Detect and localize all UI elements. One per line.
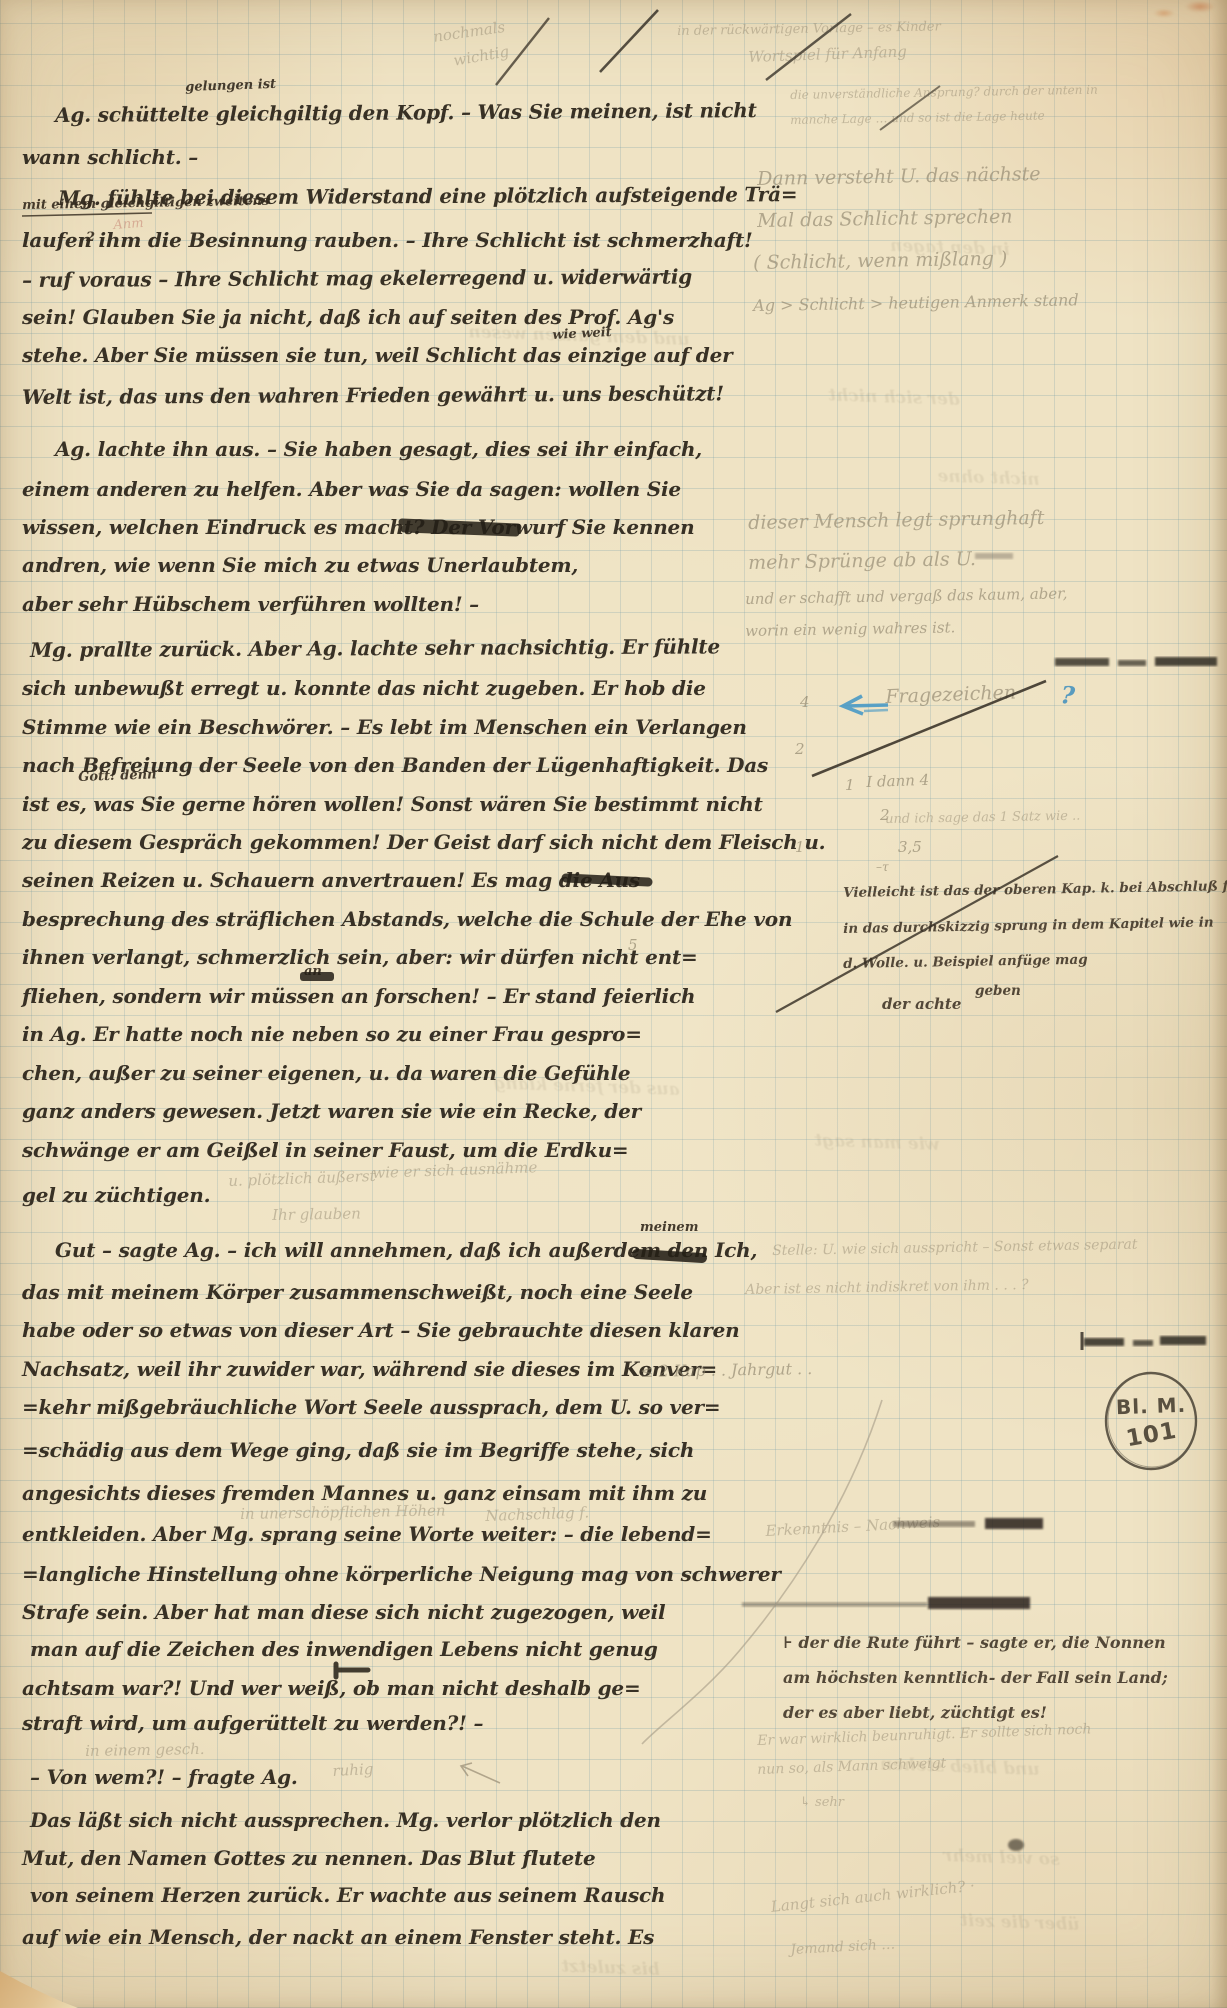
main-line: wissen, welchen Eindruck es macht? Der V… [22, 515, 694, 539]
main-line: Mg. prallte zurück. Aber Ag. lachte sehr… [30, 634, 720, 662]
main-line: ganz anders gewesen. Jetzt waren sie wie… [22, 1099, 641, 1123]
bleedthrough-ghost-text: wie man sagt [814, 1131, 940, 1155]
interlinear-pencil: Nachschlag f. [485, 1503, 589, 1525]
ink-smudge [1118, 660, 1146, 666]
main-line: – ruf voraus – Ihre Schlicht mag ekelerr… [22, 264, 692, 292]
bleedthrough-ghost-text: nicht ohne [937, 466, 1040, 490]
ink-smudge [1155, 657, 1217, 666]
main-line: sein! Glauben Sie ja nicht, daß ich auf … [22, 305, 674, 329]
margin-number: 4 [800, 693, 810, 711]
interlinear-pencil: Ihr glauben [272, 1204, 361, 1224]
top-note-pencil: wichtig [452, 42, 510, 69]
margin-pencil-low: ≤ 2 Kap . . Jahrgut . . [640, 1359, 812, 1381]
main-line: fliehen, sondern wir müssen an forschen!… [22, 984, 695, 1008]
ink-smudge [928, 1597, 1030, 1609]
ink-smudge [742, 1602, 927, 1607]
main-line: =schädig aus dem Wege ging, daß sie im B… [22, 1438, 694, 1462]
ink-smudge [1160, 1336, 1206, 1345]
margin-number: 2 [795, 740, 805, 758]
ink-smudge [1133, 1340, 1153, 1346]
insertion-ink: meinem [640, 1220, 698, 1235]
margin-pencil-b: und er schafft und vergaß das kaum, aber… [745, 584, 1068, 608]
main-line: achtsam war?! Und wer weiß, ob man nicht… [22, 1676, 641, 1700]
top-note-pencil: die unverständliche Ansprung? durch der … [790, 83, 1098, 102]
pencil-arrow-icon [461, 1763, 500, 1783]
insertion-ink: mit einem gleichgiltigen zweitens [22, 194, 269, 213]
main-line: chen, außer zu seiner eigenen, u. da war… [22, 1061, 630, 1085]
margin-note-pencil: I dann 4 [866, 771, 929, 791]
margin-number: 3,5 [898, 838, 922, 856]
top-note-pencil: in der rückwärtigen Vorlage – es Kinder [677, 19, 941, 39]
interlinear-pencil: in unerschöpflichen Höhen [240, 1501, 446, 1523]
main-line: Stimme wie ein Beschwörer. – Es lebt im … [22, 715, 747, 739]
interlinear-pencil: in einem gesch. [85, 1740, 205, 1760]
main-line: Mut, den Namen Gottes zu nennen. Das Blu… [22, 1846, 596, 1870]
margin-ink-note: geben [975, 983, 1021, 999]
bottom-pencil: Er war wirklich beunruhigt. Er sollte si… [757, 1721, 1092, 1749]
top-note-pencil: manche Lage … und so ist die Lage heute [790, 109, 1045, 127]
main-line: – Von wem?! – fragte Ag. [30, 1765, 298, 1789]
bottom-pencil: Jemand sich … [790, 1937, 896, 1958]
margin-ink-note: d. Wolle. u. Beispiel anfüge mag [843, 952, 1088, 972]
manuscript-page: Bl. M. 101 [0, 0, 1227, 2008]
interlinear-pencil: u. plötzlich äußerst [228, 1167, 376, 1190]
main-line: Das läßt sich nicht aussprechen. Mg. ver… [30, 1808, 661, 1832]
ink-smudge [975, 553, 1013, 559]
margin-number: 1 [845, 776, 855, 794]
margin-number: 1 [795, 838, 805, 856]
margin-note-pencil: und ich sage das 1 Satz wie .. [885, 809, 1080, 827]
margin-pencil-low: Stelle: U. wie sich ausspricht – Sonst e… [772, 1237, 1138, 1259]
main-line: aber sehr Hübschem verführen wollten! – [22, 592, 479, 616]
archive-stamp-line2: 101 [1124, 1418, 1179, 1452]
blue-question-mark: ? [1059, 680, 1076, 710]
interlinear-ink: gelungen ist [185, 77, 276, 95]
insertion-ink: Gott! denn [78, 767, 157, 785]
main-line: ihnen verlangt, schmerzlich sein, aber: … [22, 945, 698, 969]
insertion-underline [22, 213, 152, 216]
margin-number: 5 [628, 936, 638, 954]
margin-ink-note: Vielleicht ist das der oberen Kap. k. be… [843, 878, 1227, 901]
main-line: Nachsatz, weil ihr zuwider war, während … [22, 1357, 717, 1381]
insertion-number: 2 [86, 230, 95, 245]
top-note-pencil: Wortspiel für Anfang [748, 42, 907, 66]
bleedthrough-ghost-text: so viel mehr [943, 1846, 1060, 1870]
insertion-ink: wie weit [552, 325, 612, 343]
margin-pencil-a: Mal das Schlicht sprechen [757, 206, 1013, 232]
main-line: angesichts dieses fremden Mannes u. ganz… [22, 1481, 707, 1505]
margin-ink-note: der achte [882, 995, 961, 1013]
ink-smudge [985, 1518, 1043, 1529]
page-edge-shade [1211, 0, 1227, 2008]
top-note-pencil: nochmals [432, 18, 506, 46]
ink-smudge [1084, 1338, 1124, 1346]
main-line: Ag. schüttelte gleichgiltig den Kopf. – … [55, 98, 757, 127]
margin-word-crossed: Fragezeichen [885, 681, 1016, 708]
blue-arrow-left-icon [843, 696, 888, 714]
main-line: besprechung des sträflichen Abstands, we… [22, 907, 792, 931]
main-line: schwänge er am Geißel in seiner Faust, u… [22, 1138, 629, 1162]
margin-pencil-a: ( Schlicht, wenn mißlang ) [753, 248, 1008, 274]
strike-slash-icon [600, 10, 658, 72]
main-line: seinen Reizen u. Schauern anvertrauen! E… [22, 868, 640, 892]
margin-pencil-low: Aber ist es nicht indiskret von ihm . . … [745, 1277, 1029, 1298]
main-line: sich unbewußt erregt u. konnte das nicht… [22, 676, 706, 700]
main-line: Welt ist, das uns den wahren Frieden gew… [22, 381, 724, 409]
torn-corner [0, 1966, 78, 2008]
bleedthrough-ghost-text: über die zeit [960, 1911, 1080, 1935]
margin-ink-low: der es aber liebt, züchtigt es! [783, 1703, 1047, 1722]
margin-pencil-a: Ag > Schlicht > heutigen Anmerk stand [753, 290, 1079, 315]
main-line: Ag. lachte ihn aus. – Sie haben gesagt, … [55, 437, 702, 461]
margin-pencil-b: dieser Mensch legt sprunghaft [748, 507, 1045, 534]
main-line: zu diesem Gespräch gekommen! Der Geist d… [22, 830, 825, 854]
bottom-pencil: Langt sich auch wirklich? · [770, 1877, 976, 1916]
margin-ink-note: in das durchskizzig sprung in dem Kapite… [843, 915, 1214, 937]
main-line: auf wie ein Mensch, der nackt an einem F… [22, 1925, 654, 1949]
bottom-pencil: ↳ sehr [800, 1795, 844, 1810]
main-line: Gut – sagte Ag. – ich will annehmen, daß… [55, 1238, 757, 1262]
margin-pencil-b: worin ein wenig wahres ist. [745, 618, 955, 640]
main-line: von seinem Herzen zurück. Er wachte aus … [30, 1883, 665, 1907]
archive-stamp-line1: Bl. M. [1116, 1393, 1187, 1419]
main-line: stehe. Aber Sie müssen sie tun, weil Sch… [22, 343, 732, 367]
main-line: wann schlicht. – [22, 145, 198, 169]
main-line: =langliche Hinstellung ohne körperliche … [22, 1562, 781, 1586]
interlinear-pencil: ruhig [332, 1760, 374, 1780]
margin-pencil-low: Erkenntnis – Nachweis [765, 1513, 941, 1540]
main-line: in Ag. Er hatte noch nie neben so zu ein… [22, 1022, 642, 1046]
insertion-ink: an [304, 964, 322, 979]
main-line: das mit meinem Körper zusammenschweißt, … [22, 1280, 693, 1304]
main-line: einem anderen zu helfen. Aber was Sie da… [22, 477, 681, 501]
margin-ink-low: am höchsten kenntlich- der Fall sein Lan… [783, 1668, 1168, 1687]
margin-mark: –τ [876, 860, 889, 874]
margin-ink-low: ⊦ der die Rute führt – sagte er, die Non… [783, 1633, 1166, 1652]
main-line: Strafe sein. Aber hat man diese sich nic… [22, 1600, 665, 1624]
ink-smudge [1055, 658, 1109, 666]
main-line: andren, wie wenn Sie mich zu etwas Unerl… [22, 553, 578, 577]
main-line: habe oder so etwas von dieser Art – Sie … [22, 1318, 739, 1342]
red-note: Anm [113, 216, 144, 233]
bleedthrough-ghost-text: der sich nicht [828, 385, 960, 410]
margin-pencil-a: Dann versteht U. das nächste [757, 163, 1041, 190]
main-line: straft wird, um aufgerüttelt zu werden?!… [22, 1711, 483, 1735]
main-line: entkleiden. Aber Mg. sprang seine Worte … [22, 1522, 712, 1546]
main-line: man auf die Zeichen des inwendigen Leben… [30, 1637, 658, 1661]
bleedthrough-ghost-text: bis zuletzt [561, 1957, 660, 1980]
main-line: =kehr mißgebräuchliche Wort Seele ausspr… [22, 1395, 720, 1419]
main-line: gel zu züchtigen. [22, 1183, 210, 1207]
main-line: ist es, was Sie gerne hören wollen! Sons… [22, 792, 763, 816]
margin-pencil-b: mehr Sprünge ab als U. [748, 548, 976, 574]
